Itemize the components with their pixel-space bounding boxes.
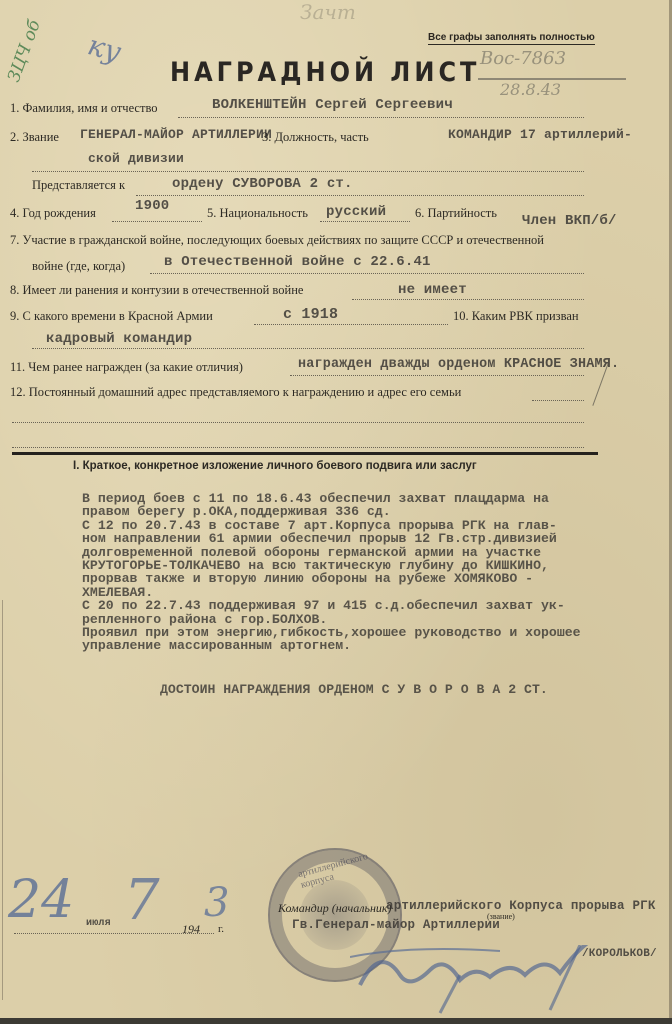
body-line: прорвав также и вторую линию обороны на … [82, 572, 581, 585]
date-month-hand: 7 [124, 868, 160, 933]
nominated-line [136, 195, 584, 196]
field-11-value: награжден дважды орденом КРАСНОЕ ЗНАМЯ. [298, 357, 619, 372]
archive-number: Вос-7863 [480, 48, 566, 69]
page-title: НАГРАДНОЙ ЛИСТ [170, 57, 480, 88]
field-5-line [320, 221, 410, 222]
field-10-label: 10. Каким РВК призван [453, 309, 579, 324]
archive-date: 28.8.43 [500, 80, 561, 99]
body-line: правом берегу р.ОКА,поддерживая 336 сд. [82, 505, 581, 518]
signer-label: Командир (начальник) [278, 901, 392, 916]
body-line: ном направлении 61 армии обеспечил проры… [82, 532, 581, 545]
body-line: Проявил при этом энергию,гибкость,хороше… [82, 626, 581, 639]
field-7-value: в Отечественной войне с 22.6.41 [164, 254, 431, 270]
field-2-label: 2. Звание [10, 130, 59, 145]
field-9-value: с 1918 [283, 306, 338, 323]
field-12-line [532, 400, 584, 401]
field-11-line [290, 375, 584, 376]
field-5-value: русский [326, 204, 386, 220]
paper-fold [2, 600, 3, 1000]
field-7-label: 7. Участие в гражданской войне, последую… [10, 233, 544, 248]
top-faint-mark: Зачт [300, 0, 356, 24]
field-3-label: 3. Должность, часть [262, 130, 369, 145]
section-divider [12, 452, 598, 455]
date-year-hand: 3 [204, 880, 229, 926]
field-7-label-cont: войне (где, когда) [32, 259, 125, 274]
award-sheet: ЗЦЧ об ку Зачт Все графы заполнять полно… [0, 0, 672, 1024]
field-6-value: Член ВКП/б/ [522, 213, 617, 229]
date-day: 24 [8, 870, 74, 930]
scan-border [0, 1018, 672, 1024]
field-4-value: 1900 [135, 198, 169, 214]
signature [350, 945, 610, 985]
field-12-label: 12. Постоянный домашний адрес представля… [10, 385, 461, 400]
nominated-value: ордену СУВОРОВА 2 ст. [172, 176, 353, 192]
field-12-line-3 [12, 447, 584, 448]
margin-note-green: ЗЦЧ об [4, 17, 45, 85]
field-5-label: 5. Национальность [207, 206, 308, 221]
nominated-label: Представляется к [32, 178, 125, 193]
field-10-line [32, 348, 584, 349]
date-line [14, 933, 214, 934]
body-line: долговременной полевой обороны германско… [82, 546, 581, 559]
date-year-printed: 194 [182, 922, 200, 937]
date-month-printed: июля [86, 918, 111, 929]
field-9-line [254, 324, 448, 325]
signature-icon [350, 945, 610, 1015]
field-12-line-2 [12, 422, 584, 423]
signer-rank: Гв.Генерал-майор Артиллерии [292, 918, 500, 932]
field-8-line [352, 299, 584, 300]
field-1-value: ВОЛКЕНШТЕЙН Сергей Сергеевич [212, 97, 453, 113]
field-11-label: 11. Чем ранее награжден (за какие отличи… [10, 360, 243, 375]
signer-unit: артиллерийского Корпуса прорыва РГК [386, 899, 656, 913]
body-line: репленного района с гор.БОЛХОВ. [82, 613, 581, 626]
body-line: С 20 по 22.7.43 поддерживая 97 и 415 с.д… [82, 599, 581, 612]
field-7-line [150, 273, 584, 274]
field-1-line [178, 117, 584, 118]
margin-note-blue: ку [84, 28, 124, 68]
section-1-conclusion: ДОСТОИН НАГРАЖДЕНИЯ ОРДЕНОМ С У В О Р О … [160, 683, 548, 696]
date-year-suffix: г. [218, 923, 224, 935]
instruction-text: Все графы заполнять полностью [428, 32, 595, 45]
field-4-line [112, 221, 202, 222]
field-6-label: 6. Партийность [415, 206, 497, 221]
field-8-value: не имеет [398, 282, 467, 298]
body-line: ХМЕЛЕВАЯ. [82, 586, 581, 599]
field-3-line [32, 171, 584, 172]
section-1-heading: I. Краткое, конкретное изложение личного… [73, 460, 477, 472]
field-2-value: ГЕНЕРАЛ-МАЙОР АРТИЛЛЕРИИ [80, 127, 272, 142]
body-line: управление массированным артогнем. [82, 639, 581, 652]
field-9-label: 9. С какого времени в Красной Армии [10, 309, 213, 324]
field-1-label: 1. Фамилия, имя и отчество [10, 101, 158, 116]
field-8-label: 8. Имеет ли ранения и контузии в отечест… [10, 283, 303, 298]
field-3-value: КОМАНДИР 17 артиллерий- [448, 127, 632, 142]
field-3-value-cont: ской дивизии [88, 151, 184, 166]
section-1-body: В период боев с 11 по 18.6.43 обеспечил … [82, 492, 581, 653]
field-4-label: 4. Год рождения [10, 206, 96, 221]
body-line: КРУТОГОРЬЕ-ТОЛКАЧЕВО на всю тактическую … [82, 559, 581, 572]
body-line: С 12 по 20.7.43 в составе 7 арт.Корпуса … [82, 519, 581, 532]
field-10-value: кадровый командир [46, 331, 192, 347]
body-line: В период боев с 11 по 18.6.43 обеспечил … [82, 492, 581, 505]
